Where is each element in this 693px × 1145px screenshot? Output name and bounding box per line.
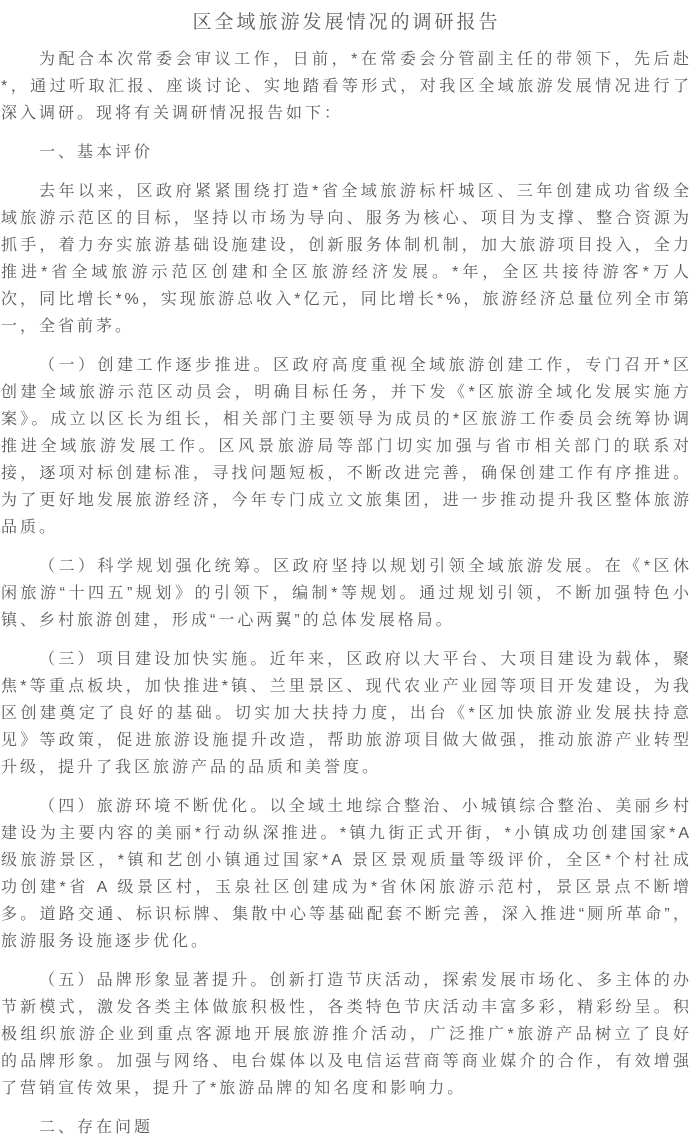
paragraph: （一）创建工作逐步推进。区政府高度重视全域旅游创建工作，专门召开*区创建全域旅游… bbox=[1, 352, 692, 541]
paragraph: 为配合本次常委会审议工作，日前，*在常委会分管副主任的带领下，先后赴*，通过听取… bbox=[1, 46, 692, 127]
document-title: 区全域旅游发展情况的调研报告 bbox=[1, 9, 692, 36]
section-heading: 二、存在问题 bbox=[1, 1114, 692, 1141]
section-heading: 一、基本评价 bbox=[1, 139, 692, 166]
document-body: 为配合本次常委会审议工作，日前，*在常委会分管副主任的带领下，先后赴*，通过听取… bbox=[1, 46, 692, 1141]
paragraph: （五）品牌形象显著提升。创新打造节庆活动，探索发展市场化、多主体的办节新模式，激… bbox=[1, 967, 692, 1102]
paragraph: （二）科学规划强化统筹。区政府坚持以规划引领全域旅游发展。在《*区休闲旅游“十四… bbox=[1, 553, 692, 634]
paragraph: （三）项目建设加快实施。近年来，区政府以大平台、大项目建设为载体，聚焦*等重点板… bbox=[1, 646, 692, 781]
document-page: 区全域旅游发展情况的调研报告 为配合本次常委会审议工作，日前，*在常委会分管副主… bbox=[0, 0, 693, 1145]
paragraph: 去年以来，区政府紧紧围绕打造*省全域旅游标杆城区、三年创建成功省级全域旅游示范区… bbox=[1, 178, 692, 340]
paragraph: （四）旅游环境不断优化。以全域土地综合整治、小城镇综合整治、美丽乡村建设为主要内… bbox=[1, 793, 692, 955]
